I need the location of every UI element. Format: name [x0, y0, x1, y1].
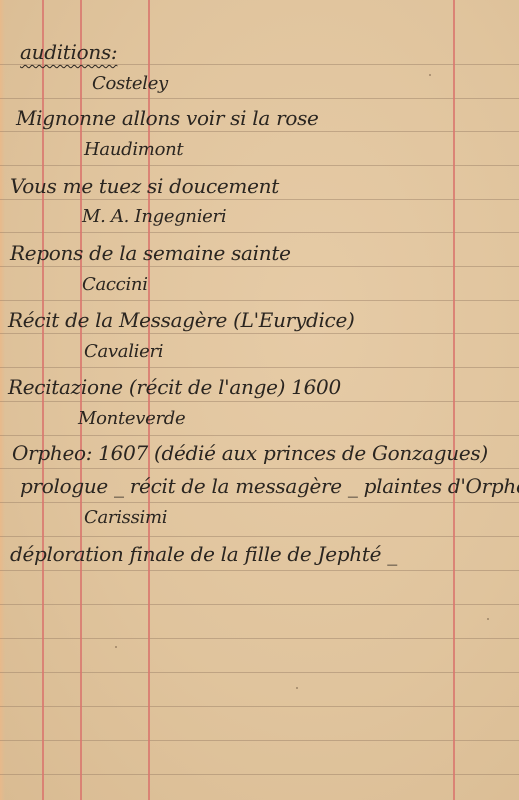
work-title: Recitazione (récit de l'ange) 1600: [8, 375, 341, 399]
rule-line: [0, 266, 519, 267]
paper-speck: [115, 646, 117, 648]
rule-line: [0, 706, 519, 707]
rule-line: [0, 98, 519, 99]
rule-line: [0, 536, 519, 537]
rule-line: [0, 672, 519, 673]
rule-line: [0, 774, 519, 775]
rule-line: [0, 232, 519, 233]
rule-line: [0, 64, 519, 65]
work-title: Vous me tuez si doucement: [10, 174, 279, 198]
page-edge: [0, 0, 5, 800]
margin-line-right: [453, 0, 455, 800]
composer-name: Monteverde: [78, 408, 185, 429]
work-title: Repons de la semaine sainte: [10, 241, 291, 265]
paper-speck: [296, 687, 298, 689]
rule-line: [0, 740, 519, 741]
work-title: Orpheo: 1607 (dédié aux princes de Gonza…: [12, 441, 488, 465]
composer-name: Carissimi: [84, 507, 167, 528]
paper-speck: [429, 74, 431, 76]
rule-line: [0, 199, 519, 200]
composer-name: Cavalieri: [84, 341, 163, 362]
work-title: prologue _ récit de la messagère _ plain…: [20, 474, 519, 498]
rule-line: [0, 468, 519, 469]
rule-line: [0, 367, 519, 368]
rule-line: [0, 131, 519, 132]
composer-name: Caccini: [82, 274, 148, 295]
rule-line: [0, 435, 519, 436]
composer-name: Haudimont: [84, 139, 183, 160]
rule-line: [0, 165, 519, 166]
work-title: Récit de la Messagère (L'Eurydice): [8, 308, 354, 332]
work-title: déploration finale de la fille de Jephté…: [10, 542, 397, 566]
notebook-page: auditions: Costeley Mignonne allons voir…: [0, 0, 519, 800]
work-title: Mignonne allons voir si la rose: [16, 106, 319, 130]
composer-name: M. A. Ingegnieri: [82, 206, 226, 227]
rule-line: [0, 638, 519, 639]
rule-line: [0, 333, 519, 334]
rule-line: [0, 300, 519, 301]
paper-speck: [487, 618, 489, 620]
rule-line: [0, 570, 519, 571]
heading-auditions: auditions:: [20, 40, 117, 64]
rule-line: [0, 502, 519, 503]
rule-line: [0, 401, 519, 402]
rule-line: [0, 604, 519, 605]
composer-name: Costeley: [92, 73, 168, 94]
